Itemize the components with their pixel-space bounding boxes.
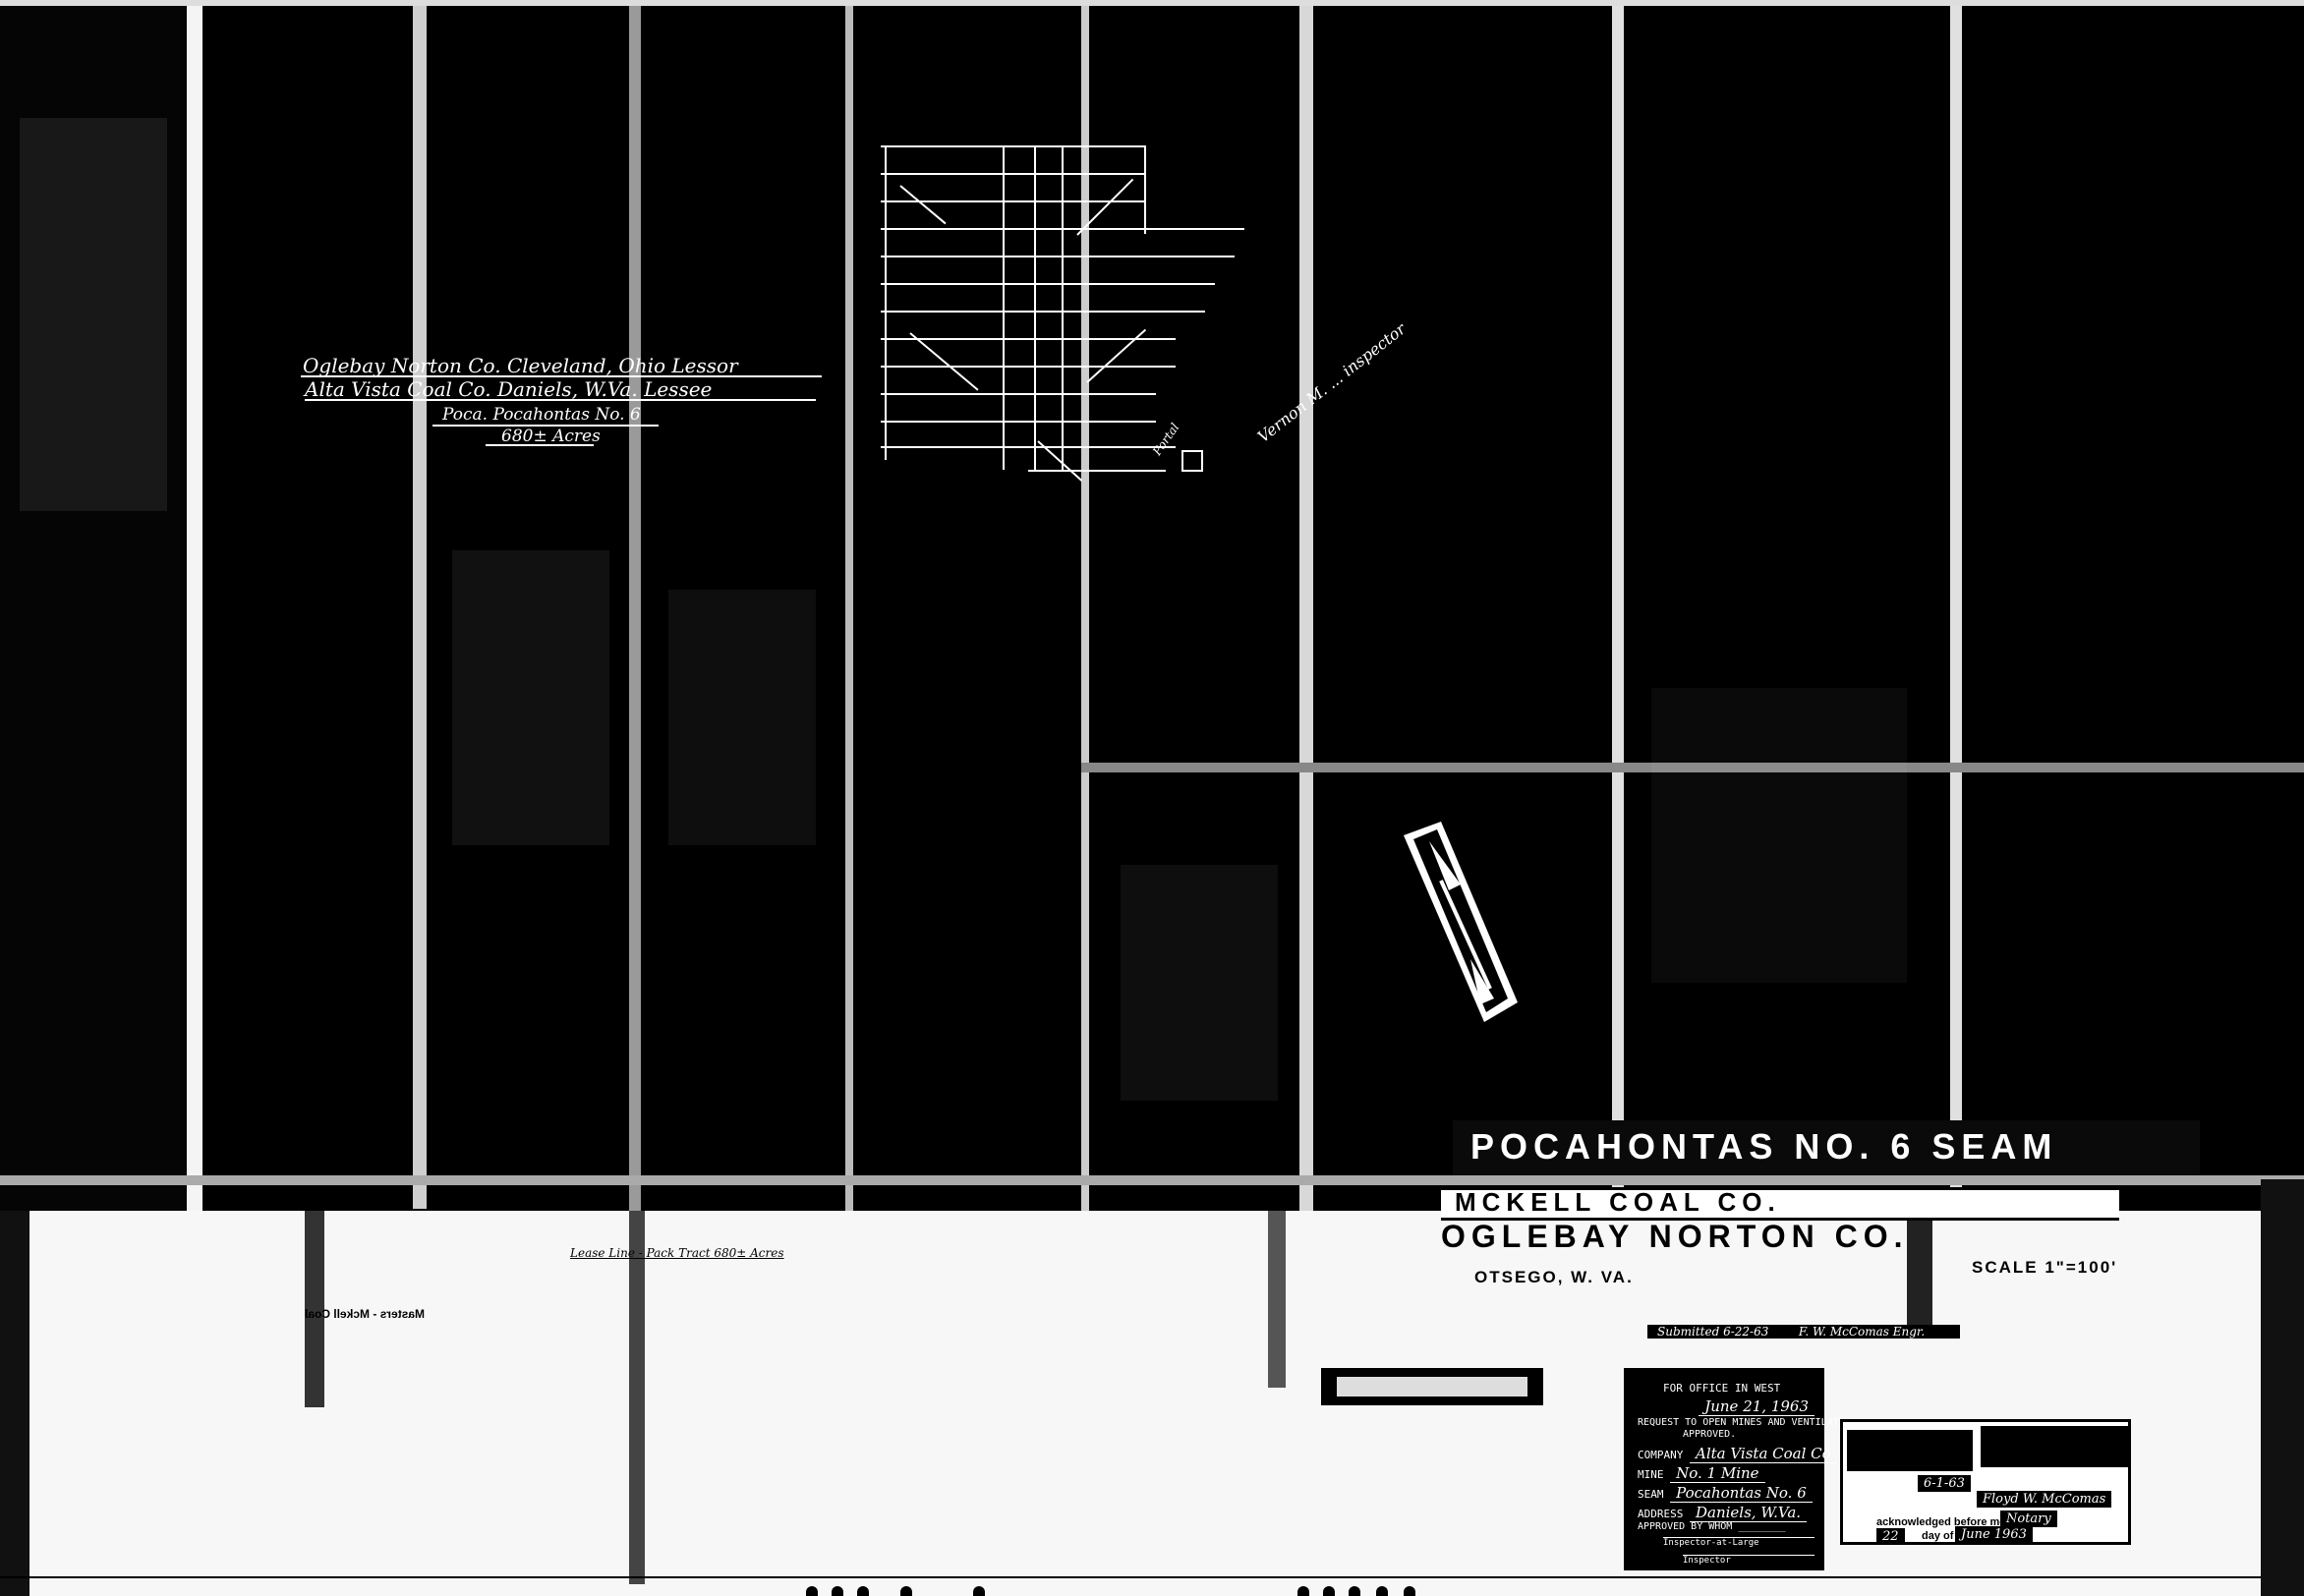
paper-texture [452, 550, 609, 845]
seam-title: POCAHONTAS NO. 6 SEAM [1470, 1126, 2057, 1168]
fold-shadow [1907, 1211, 1932, 1329]
fold-line [1299, 0, 1313, 1219]
field-label: COMPANY [1638, 1449, 1683, 1461]
paper-texture [1121, 865, 1278, 1101]
sign-inspector: Inspector [1683, 1555, 1814, 1566]
signature: Vernon M. ... inspector [1254, 319, 1410, 446]
sign-inspector-at-large: Inspector-at-Large [1663, 1537, 1814, 1548]
fold-line [629, 0, 641, 1219]
stamp-approved: APPROVED. [1683, 1429, 1814, 1440]
stamp-header: FOR OFFICE IN WEST [1663, 1382, 1814, 1395]
notary-engineer: Floyd W. McComas [1977, 1491, 2111, 1508]
underline [305, 399, 816, 401]
fold-shadow [1268, 1211, 1286, 1388]
field-seam: Pocahontas No. 6 [1670, 1484, 1813, 1503]
fold-line [0, 0, 2304, 6]
lessor-note: Oglebay Norton Co. Cleveland, Ohio Lesso… [303, 354, 738, 377]
field-company: Alta Vista Coal Co [1690, 1445, 1837, 1463]
notary-month-year: June 1963 [1955, 1526, 2033, 1543]
field-label: SEAM [1638, 1488, 1664, 1501]
north-arrow-icon [1402, 822, 1520, 1028]
mirrored-label: Masters - Mckell Coal [305, 1307, 425, 1321]
field-mine: No. 1 Mine [1670, 1464, 1764, 1483]
acreage-note: 680± Acres [501, 427, 601, 446]
edge-shadow [0, 1211, 29, 1596]
paper-texture [20, 118, 167, 511]
submitted-signer: F. W. McComas Engr. [1799, 1325, 1925, 1339]
scale-label: SCALE 1"=100' [1972, 1258, 2117, 1278]
edge-shadow [2261, 1179, 2304, 1596]
notary-block: 6-1-63 Floyd W. McComas Notary acknowled… [1840, 1419, 2131, 1545]
fold-line [413, 0, 427, 1209]
notary-date: 6-1-63 [1918, 1475, 1971, 1492]
paper-texture [668, 590, 816, 845]
notary-day: 22 [1876, 1528, 1905, 1545]
stamp-request: REQUEST TO OPEN MINES AND VENTILATION [1638, 1417, 1814, 1428]
fold-shadow [629, 1211, 645, 1584]
mine-workings-grid [881, 145, 1235, 470]
fold-line [0, 1175, 2304, 1185]
fold-line [845, 0, 853, 1219]
fold-line [1612, 0, 1624, 1219]
seam-note: Poca. Pocahontas No. 6 [442, 405, 641, 425]
border-line [0, 1576, 2261, 1578]
field-label: APPROVED BY WHOM [1638, 1521, 1732, 1532]
field-label: MINE [1638, 1468, 1664, 1481]
submitted-text: Submitted 6-22-63 [1657, 1325, 1768, 1339]
stamp-date: June 21, 1963 [1699, 1397, 1814, 1416]
submitted-strip: Submitted 6-22-63 F. W. McComas Engr. [1647, 1325, 1960, 1339]
company-title-2: OGLEBAY NORTON CO. [1441, 1219, 1908, 1255]
lease-line-label: Lease Line - Pack Tract 680± Acres [570, 1246, 784, 1260]
approval-stamp: FOR OFFICE IN WEST June 21, 1963 REQUEST… [1624, 1368, 1824, 1570]
underline [486, 444, 594, 446]
notary-day-of: day of [1922, 1530, 1953, 1542]
fold-line [187, 0, 202, 1219]
fold-line [1950, 0, 1962, 1219]
field-label: ADDRESS [1638, 1508, 1683, 1520]
paper-texture [1651, 688, 1907, 983]
blank-label-box [1321, 1368, 1543, 1405]
lessee-note: Alta Vista Coal Co. Daniels, W.Va. Lesse… [305, 377, 712, 401]
company-title-1: MCKELL COAL CO. [1455, 1187, 1781, 1218]
field-address: Daniels, W.Va. [1690, 1504, 1807, 1522]
location-label: OTSEGO, W. VA. [1474, 1268, 1634, 1287]
map-sheet: Oglebay Norton Co. Cleveland, Ohio Lesso… [0, 0, 2304, 1596]
